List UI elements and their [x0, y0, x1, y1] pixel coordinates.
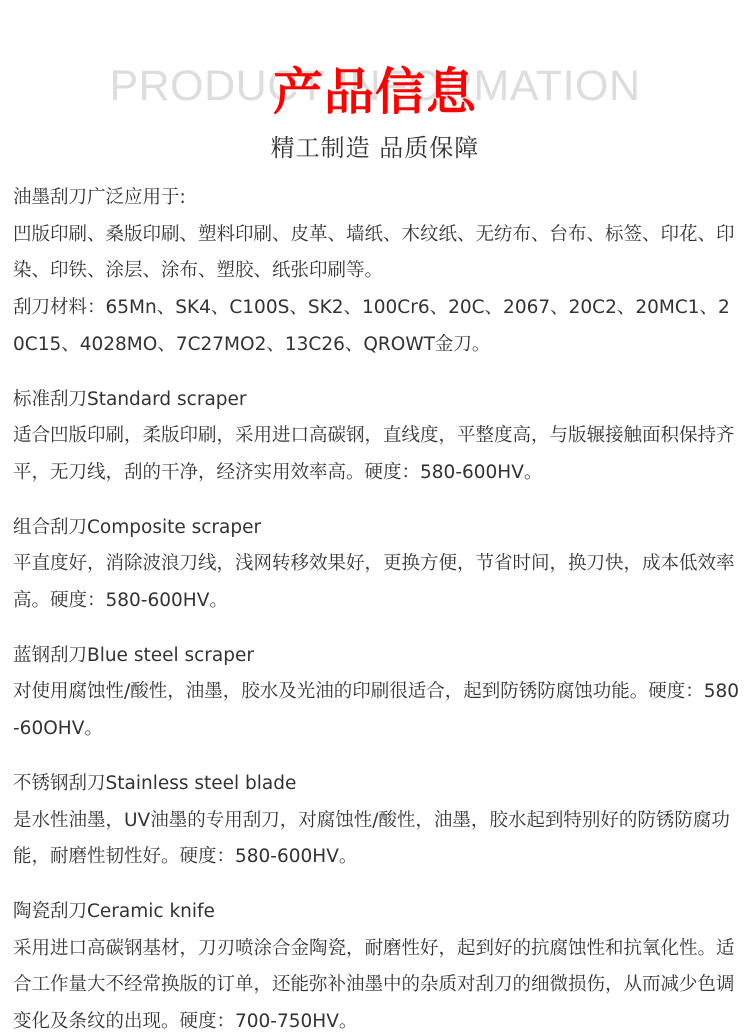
applications-text: 凹版印刷、桑版印刷、塑料印刷、皮革、墙纸、木纹纸、无纺布、台布、标签、印花、印染… — [13, 217, 740, 290]
section-composite-scraper: 组合刮刀Composite scraper 平直度好，消除波浪刀线，浅网转移效果… — [13, 510, 740, 620]
section-ceramic-knife: 陶瓷刮刀Ceramic knife 采用进口高碳钢基材，刀刃喷涂合金陶瓷，耐磨性… — [13, 894, 740, 1036]
section-body: 是水性油墨，UV油墨的专用刮刀，对腐蚀性/酸性，油墨，胶水起到特别好的防锈防腐功… — [13, 803, 740, 876]
section-title: 不锈钢刮刀Stainless steel blade — [13, 766, 740, 803]
section-blue-steel-scraper: 蓝钢刮刀Blue steel scraper 对使用腐蚀性/酸性，油墨，胶水及光… — [13, 638, 740, 748]
page-header: PRODUCT INFORMATION 产品信息 精工制造 品质保障 — [0, 0, 750, 175]
section-title: 陶瓷刮刀Ceramic knife — [13, 894, 740, 931]
intro-block: 油墨刮刀广泛应用于: 凹版印刷、桑版印刷、塑料印刷、皮革、墙纸、木纹纸、无纺布、… — [13, 180, 740, 364]
intro-heading: 油墨刮刀广泛应用于: — [13, 180, 740, 217]
section-body: 采用进口高碳钢基材，刀刃喷涂合金陶瓷，耐磨性好，起到好的抗腐蚀性和抗氧化性。适合… — [13, 931, 740, 1036]
section-stainless-steel-blade: 不锈钢刮刀Stainless steel blade 是水性油墨，UV油墨的专用… — [13, 766, 740, 876]
page-subtitle: 精工制造 品质保障 — [0, 128, 750, 163]
materials-text: 刮刀材料：65Mn、SK4、C100S、SK2、100Cr6、20C、2067、… — [13, 290, 740, 363]
section-title: 组合刮刀Composite scraper — [13, 510, 740, 547]
section-standard-scraper: 标准刮刀Standard scraper 适合凹版印刷，柔版印刷，采用进口高碳钢… — [13, 382, 740, 492]
product-content: 油墨刮刀广泛应用于: 凹版印刷、桑版印刷、塑料印刷、皮革、墙纸、木纹纸、无纺布、… — [13, 180, 740, 1036]
section-title: 蓝钢刮刀Blue steel scraper — [13, 638, 740, 675]
section-body: 对使用腐蚀性/酸性，油墨，胶水及光油的印刷很适合，起到防锈防腐蚀功能。硬度：58… — [13, 674, 740, 747]
section-title: 标准刮刀Standard scraper — [13, 382, 740, 419]
page-title: 产品信息 — [0, 52, 750, 124]
section-body: 适合凹版印刷，柔版印刷，采用进口高碳钢，直线度，平整度高，与版辗接触面积保持齐平… — [13, 418, 740, 491]
section-body: 平直度好，消除波浪刀线，浅网转移效果好，更换方便，节省时间，换刀快，成本低效率高… — [13, 546, 740, 619]
